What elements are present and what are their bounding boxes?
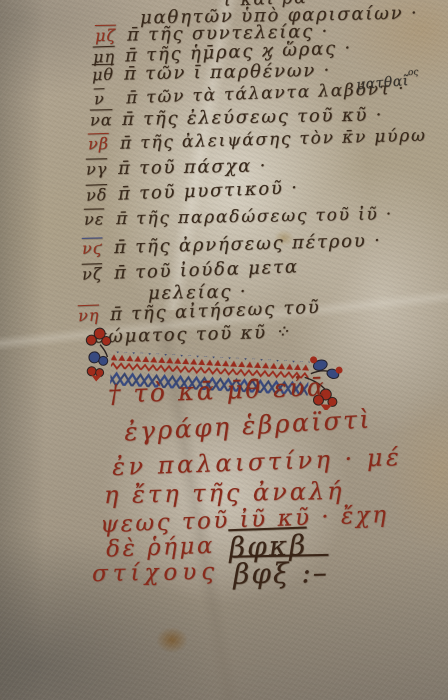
margin-note-superscript: ος — [408, 67, 419, 78]
chapter-numeral: ν — [94, 91, 119, 108]
kephalaia-line: ναπ̄ τῆς ἐλεύσεως τοῦ κῦ · — [90, 106, 384, 129]
chapter-numeral: μη — [93, 49, 118, 66]
colophon-line-title: † τὸ κᾱ μ̄θ̄ εὐᾱ — [108, 374, 327, 407]
chapter-numeral: μζ — [95, 28, 119, 44]
chapter-numeral: νβ — [88, 136, 112, 153]
chapter-numeral: να — [90, 112, 114, 128]
chapter-numeral: νζ — [82, 266, 107, 283]
left-floral-icon — [84, 327, 111, 382]
kephalaia-line: μθπ̄ τῶν ῑ παρθένων · — [92, 62, 331, 84]
colophon-line-stichoi: στίχουςβφξ :– — [92, 554, 329, 586]
chapter-title: π̄ τοῦ πάσχα · — [118, 155, 268, 179]
chapter-numeral: νγ — [86, 161, 110, 177]
chapter-numeral: νη — [78, 307, 103, 324]
colophon-line: η ἔτη τῆς ἀναλή — [104, 479, 345, 507]
chapter-numeral: νδ — [86, 187, 111, 204]
chapter-numeral: νϛ — [82, 240, 106, 257]
kephalaia-line: νγπ̄ τοῦ πάσχα · — [86, 157, 267, 178]
stichoi-count-numeral: βφξ :– — [233, 556, 329, 591]
chapter-title: π̄ τῶν ῑ παρθένων · — [124, 60, 331, 85]
colophon-text: στίχους — [92, 559, 220, 587]
chapter-numeral: νε — [84, 211, 108, 227]
manuscript-photo: τ̄ καὶ ρα · μαθητῶν ὑπὸ φαρισαίων · μζπ̄… — [0, 0, 448, 700]
chapter-numeral: μθ — [92, 67, 116, 83]
